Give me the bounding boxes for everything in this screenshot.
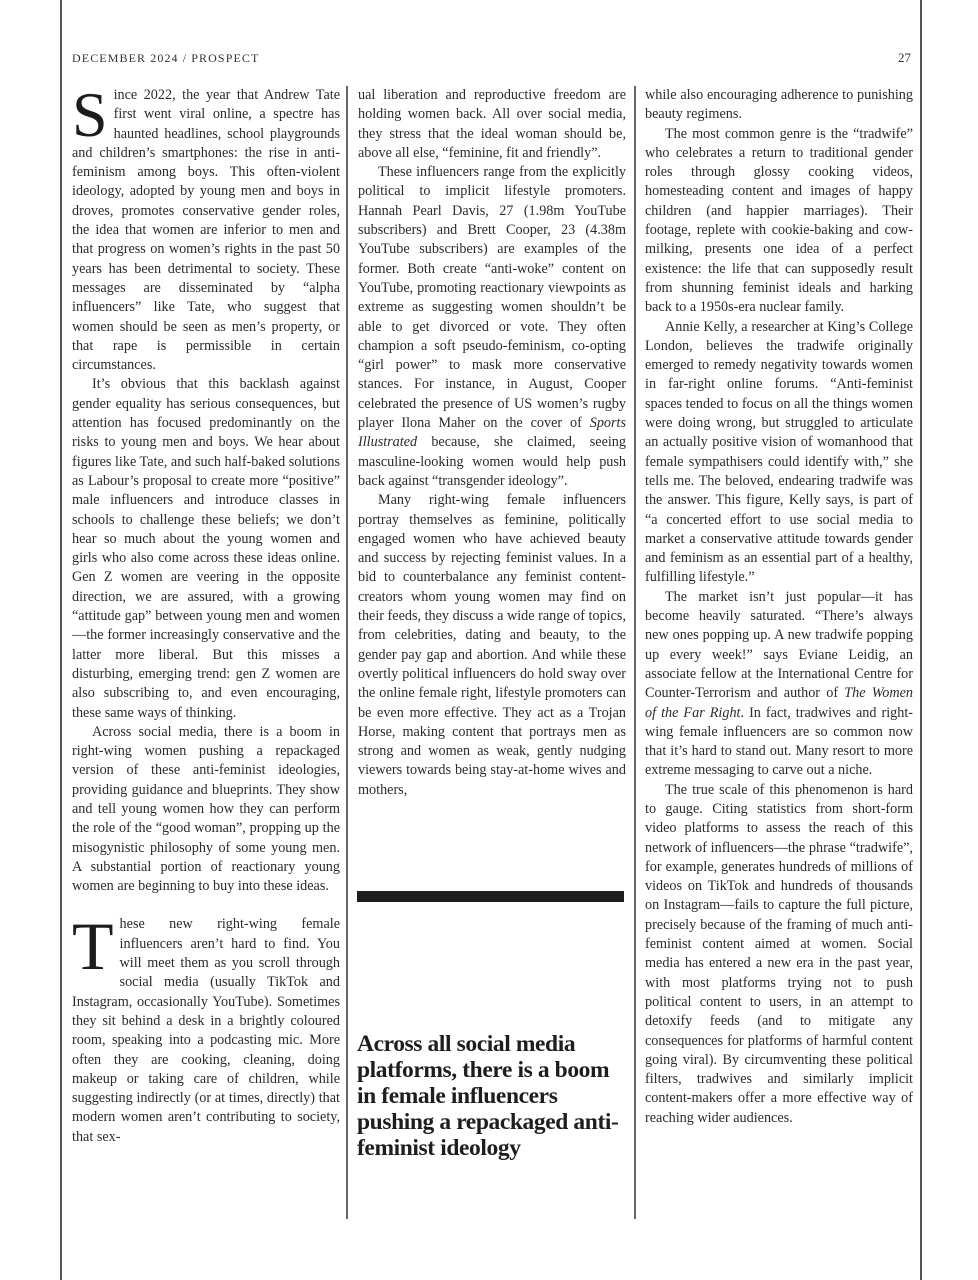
paragraph: ual liberation and reproductive freedom … bbox=[358, 86, 626, 163]
paragraph: These influencers range from the explici… bbox=[358, 163, 626, 491]
paragraph: It’s obvious that this backlash against … bbox=[72, 375, 340, 722]
pullquote: Across all social media platforms, there… bbox=[357, 1031, 624, 1161]
paragraph: The market isn’t just popular—it has bec… bbox=[645, 588, 913, 781]
paragraph: Across social media, there is a boom in … bbox=[72, 723, 340, 897]
page-border-left bbox=[60, 0, 62, 1280]
page-number: 27 bbox=[898, 50, 911, 66]
drop-cap: T bbox=[72, 919, 114, 973]
paragraph: These new right-wing female influencers … bbox=[72, 915, 340, 1147]
page-border-right bbox=[920, 0, 922, 1280]
article-column-3: while also encouraging adherence to puni… bbox=[645, 86, 913, 1128]
drop-cap: S bbox=[72, 89, 108, 141]
pullquote-rule bbox=[357, 891, 624, 902]
running-head: DECEMBER 2024 / PROSPECT bbox=[72, 51, 259, 66]
paragraph: Since 2022, the year that Andrew Tate fi… bbox=[72, 86, 340, 375]
paragraph: The most common genre is the “tradwife” … bbox=[645, 125, 913, 318]
paragraph: while also encouraging adherence to puni… bbox=[645, 86, 913, 125]
article-column-2: ual liberation and reproductive freedom … bbox=[358, 86, 626, 800]
column-divider-2 bbox=[634, 86, 636, 1219]
column-divider-1 bbox=[346, 86, 348, 1219]
paragraph: The true scale of this phenomenon is har… bbox=[645, 781, 913, 1128]
paragraph: Many right-wing female influencers portr… bbox=[358, 491, 626, 800]
article-column-1: Since 2022, the year that Andrew Tate fi… bbox=[72, 86, 340, 1147]
paragraph: Annie Kelly, a researcher at King’s Coll… bbox=[645, 318, 913, 588]
